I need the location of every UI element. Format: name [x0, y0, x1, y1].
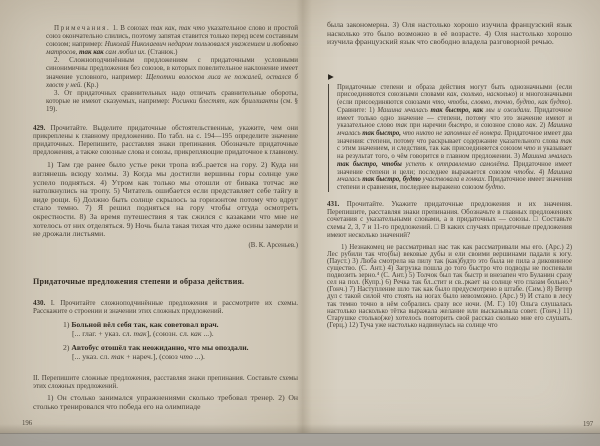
- exercise-430-task: 430. I. Прочитайте сложноподчинённые пре…: [33, 299, 298, 315]
- example-1-text: 1) Больной вёл себя так, как советовал в…: [63, 320, 298, 329]
- example-1-scheme: [... глаг. + указ. сл. так], (союзн. сл.…: [63, 329, 298, 338]
- exercise-429-task: 429. Прочитайте. Выделите придаточные об…: [33, 124, 298, 156]
- note-paragraph-1: Примечания. 1. В союзах так как, так что…: [46, 24, 298, 56]
- exercise-430-continuation: была закономерна. 3) Оля настолько хорош…: [327, 21, 572, 47]
- note-paragraph-2: 2. Сложноподчинённым предложениям с прид…: [46, 56, 298, 88]
- left-page-content: Примечания. 1. В союзах так как, так что…: [33, 24, 298, 412]
- theory-block: Придаточные степени и образа действия мо…: [328, 84, 572, 192]
- scanner-edge-strip: [0, 433, 600, 446]
- example-sentence-1: 1) Больной вёл себя так, как советовал в…: [63, 320, 298, 339]
- theory-pointer-icon: ▶: [328, 72, 572, 81]
- example-2-text: 2) Автобус отошёл так неожиданно, что мы…: [63, 343, 298, 352]
- exercise-431-task: 431. Прочитайте. Укажите придаточные пре…: [327, 201, 572, 241]
- exercise-429-attribution: (В. К. Арсеньев.): [33, 242, 298, 250]
- section-heading: Придаточные предложения степени и образа…: [33, 277, 298, 286]
- book-spine: [296, 0, 312, 446]
- exercise-429-sentences: 1) Там где ранее было устье реки тропа в…: [33, 161, 298, 238]
- note-paragraph-3: 3. От придаточных сравнительных надо отл…: [46, 89, 298, 113]
- notes-block: Примечания. 1. В союзах так как, так что…: [46, 24, 298, 113]
- theory-text: Придаточные степени и образа действия мо…: [337, 84, 572, 192]
- exercise-430-part2-task: II. Перепишите сложные предложения, расс…: [33, 374, 298, 390]
- book-spread: Примечания. 1. В союзах так как, так что…: [0, 0, 600, 446]
- exercise-430-part2-sentences: 1) Он столько занимался упражнениями ско…: [33, 394, 298, 411]
- example-sentence-2: 2) Автобус отошёл так неожиданно, что мы…: [63, 343, 298, 362]
- right-page-content: была закономерна. 3) Оля настолько хорош…: [327, 21, 572, 329]
- page-bottom-shadow: [0, 424, 600, 433]
- example-2-scheme: [... указ. сл. так + нареч.], (союз что …: [63, 352, 298, 361]
- exercise-431-sentences: 1) Незнакомец не рассматривал нас так ка…: [327, 244, 572, 329]
